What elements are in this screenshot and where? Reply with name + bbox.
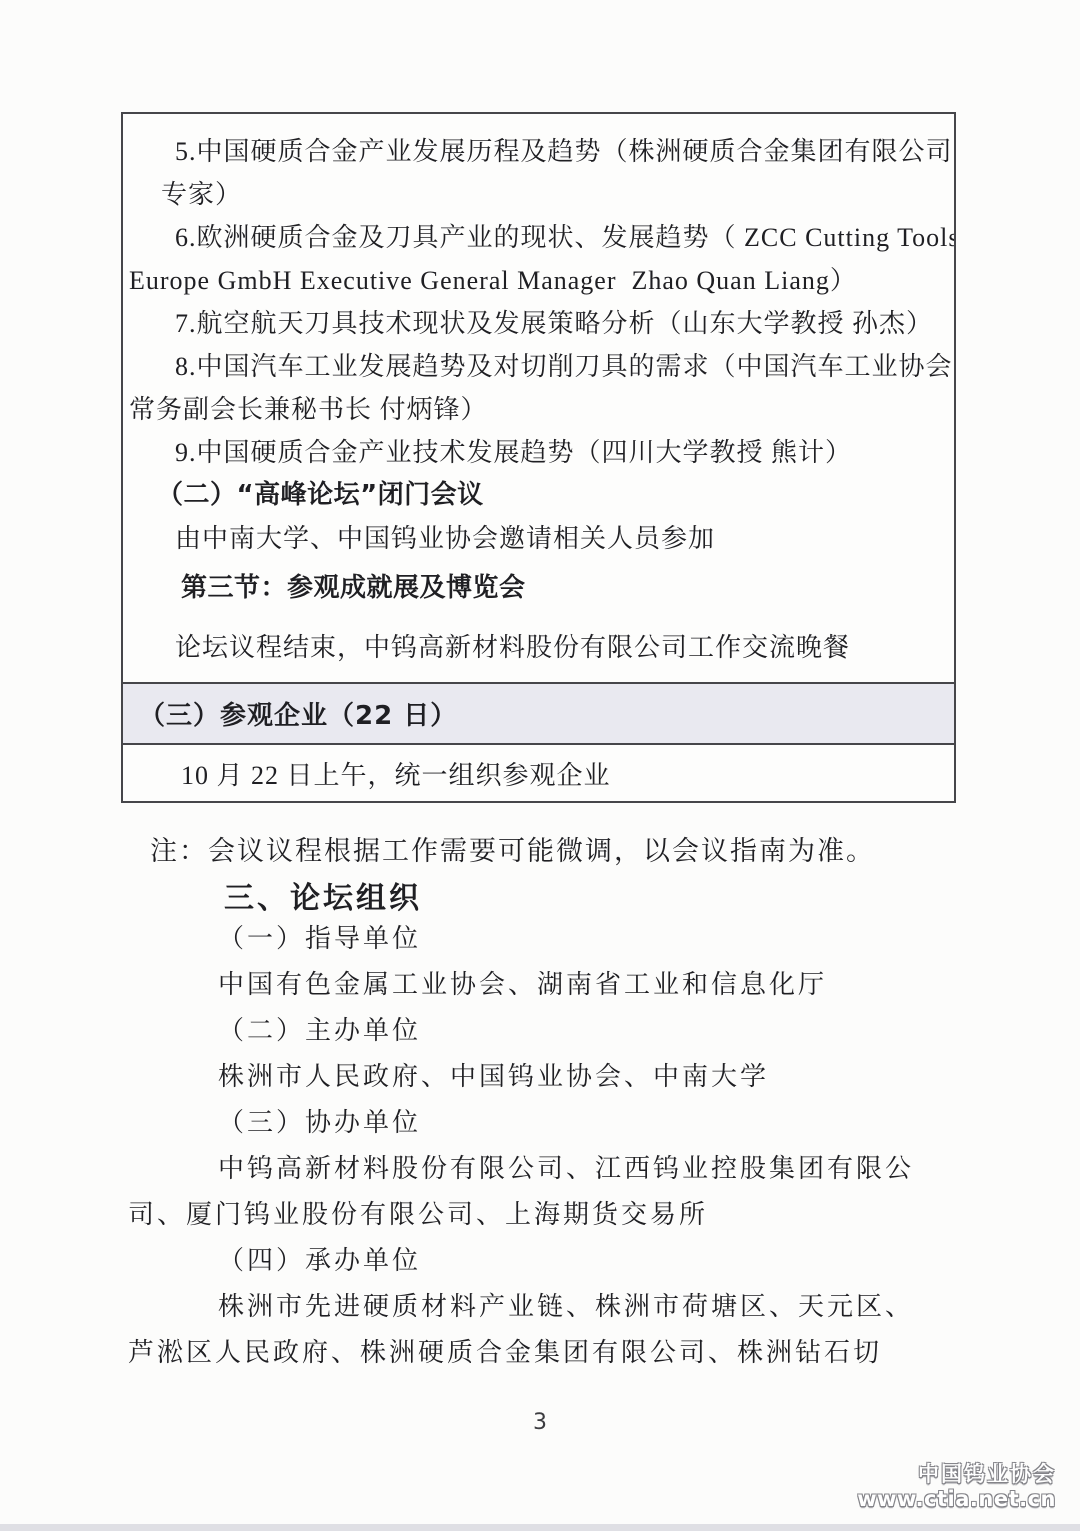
agenda-table: 5.中国硬质合金产业发展历程及趋势（株洲硬质合金集团有限公司专家）6.欧洲硬质合… [121,112,956,803]
watermark: 中国钨业协会 www.ctia.net.cn [857,1462,1056,1512]
agenda-line: Europe GmbH Executive General Manager Zh… [123,259,954,302]
organization-line: （四）承办单位 [128,1238,938,1284]
organization-heading: 三、论坛组织 [224,873,422,917]
agenda-line: 第三节：参观成就展及博览会 [123,567,954,610]
agenda-line: （二）“高峰论坛”闭门会议 [123,474,954,517]
organization-line: （三）协办单位 [128,1100,938,1146]
agenda-line: 论坛议程结束，中钨高新材料股份有限公司工作交流晚餐 [123,626,954,669]
organization-line: 司、厦门钨业股份有限公司、上海期货交易所 [128,1192,938,1238]
scan-bottom-edge [0,1524,1080,1531]
visit-header-row: （三）参观企业（22 日） [123,682,954,743]
agenda-main-cell: 5.中国硬质合金产业发展历程及趋势（株洲硬质合金集团有限公司专家）6.欧洲硬质合… [123,114,954,682]
organization-line: 芦淞区人民政府、株洲硬质合金集团有限公司、株洲钻石切 [128,1330,938,1376]
visit-header-text: （三）参观企业（22 日） [139,695,457,732]
organization-line: 株洲市人民政府、中国钨业协会、中南大学 [128,1054,938,1100]
agenda-line: 由中南大学、中国钨业协会邀请相关人员参加 [123,517,954,560]
organization-line: （二）主办单位 [128,1008,938,1054]
agenda-line: 8.中国汽车工业发展趋势及对切削刀具的需求（中国汽车工业协会 [123,345,954,388]
page-number: 3 [0,1410,1080,1435]
watermark-url: www.ctia.net.cn [857,1487,1056,1512]
organization-line: 中钨高新材料股份有限公司、江西钨业控股集团有限公 [128,1146,938,1192]
watermark-title: 中国钨业协会 [857,1462,1056,1487]
agenda-line: 7.航空航天刀具技术现状及发展策略分析（山东大学教授 孙杰） [123,302,954,345]
note-line: 注：会议议程根据工作需要可能微调，以会议指南为准。 [150,829,875,868]
agenda-line: 5.中国硬质合金产业发展历程及趋势（株洲硬质合金集团有限公司 [123,130,954,173]
organization-line: 中国有色金属工业协会、湖南省工业和信息化厅 [128,962,938,1008]
organization-line: （一）指导单位 [128,916,938,962]
agenda-line: 6.欧洲硬质合金及刀具产业的现状、发展趋势（ ZCC Cutting Tools [123,216,954,259]
agenda-line: 9.中国硬质合金产业技术发展趋势（四川大学教授 熊计） [123,431,954,474]
agenda-line: 常务副会长兼秘书长 付炳锋） [123,388,954,431]
document-page: 5.中国硬质合金产业发展历程及趋势（株洲硬质合金集团有限公司专家）6.欧洲硬质合… [0,0,1080,1531]
visit-body-text: 10 月 22 日上午，统一组织参观企业 [181,755,611,792]
organization-section: （一）指导单位中国有色金属工业协会、湖南省工业和信息化厅（二）主办单位株洲市人民… [128,916,938,1376]
organization-line: 株洲市先进硬质材料产业链、株洲市荷塘区、天元区、 [128,1284,938,1330]
agenda-line: 专家） [123,173,954,216]
visit-body-row: 10 月 22 日上午，统一组织参观企业 [123,743,954,801]
